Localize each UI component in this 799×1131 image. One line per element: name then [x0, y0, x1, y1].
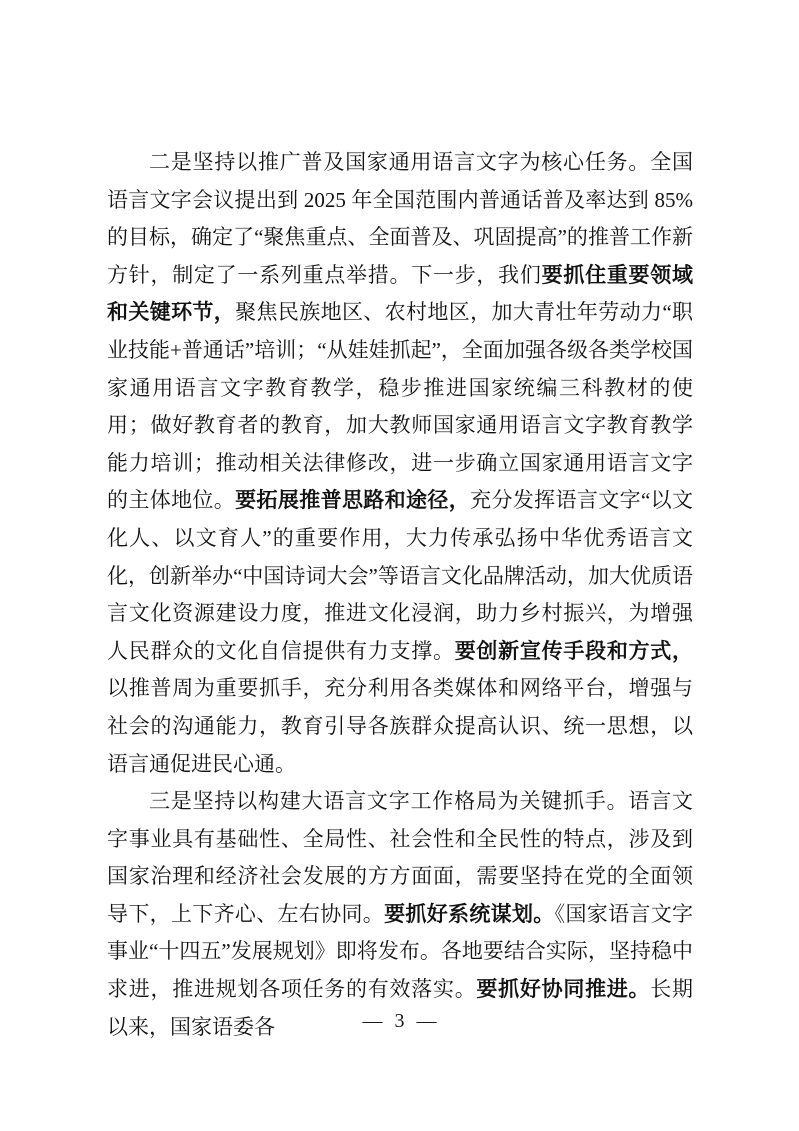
bold-text-run: 要拓展推普思路和途径，: [235, 488, 470, 512]
paragraph-point-three: 三是坚持以构建大语言文字工作格局为关键抓手。语言文字事业具有基础性、全局性、社会…: [107, 783, 693, 1046]
text-run: 聚焦民族地区、农村地区，加大青壮年劳动力“职业技能+普通话”培训；“从娃娃抓起”…: [107, 300, 693, 512]
document-body: 二是坚持以推广普及国家通用语言文字为核心任务。全国语言文字会议提出到 2025 …: [107, 144, 693, 1046]
page-footer: — 3 —: [0, 1010, 799, 1033]
paragraph-point-two: 二是坚持以推广普及国家通用语言文字为核心任务。全国语言文字会议提出到 2025 …: [107, 144, 693, 783]
bold-text-run: 要抓好协同推进。: [476, 977, 650, 1001]
bold-text-run: 要创新宣传手段和方式，: [455, 639, 693, 663]
text-run: 以推普周为重要抓手，充分利用各类媒体和网络平台，增强与社会的沟通能力，教育引导各…: [107, 676, 693, 775]
text-run: 充分发挥语言文字“以文化人、以文育人”的重要作用，大力传承弘扬中华优秀语言文化，…: [107, 488, 693, 662]
bold-text-run: 要抓好系统谋划。: [384, 902, 555, 926]
page-number: — 3 —: [363, 1010, 437, 1032]
